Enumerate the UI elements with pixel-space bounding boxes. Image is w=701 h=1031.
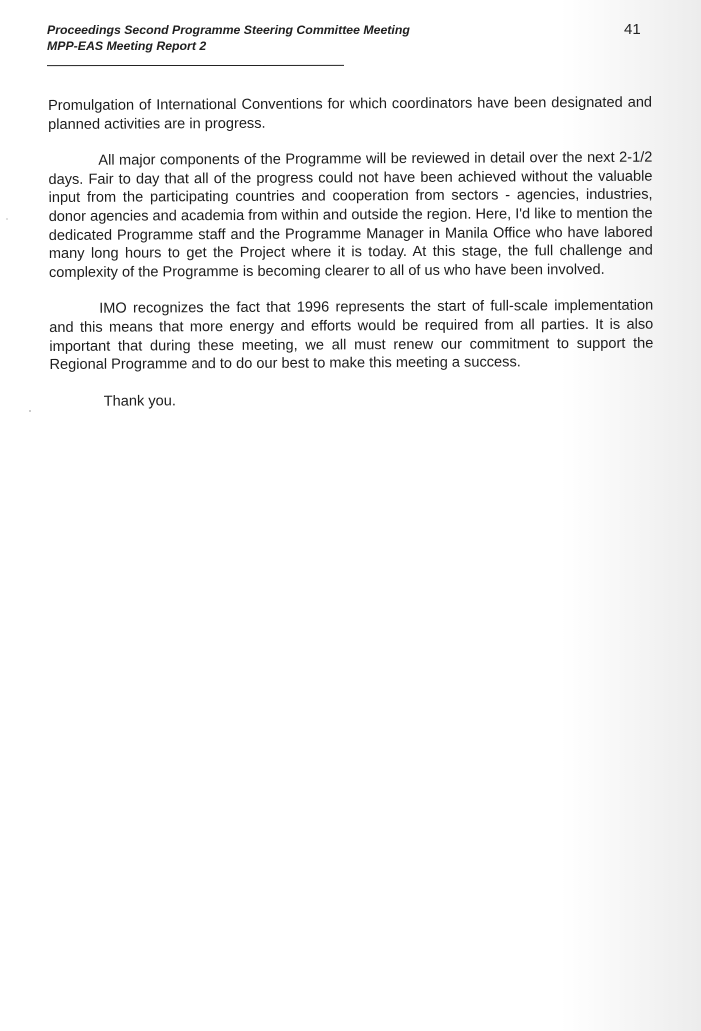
paragraph-conventions: Promulgation of International Convention… xyxy=(48,94,652,135)
scan-speck xyxy=(6,218,8,220)
paragraph-programme-review: All major components of the Programme wi… xyxy=(48,149,653,283)
running-header: Proceedings Second Programme Steering Co… xyxy=(47,22,410,54)
header-title: Proceedings Second Programme Steering Co… xyxy=(47,22,410,38)
closing-line: Thank you. xyxy=(50,389,654,411)
header-divider xyxy=(47,65,344,66)
body-text: Promulgation of International Convention… xyxy=(48,94,654,412)
header-subtitle: MPP-EAS Meeting Report 2 xyxy=(47,38,410,54)
document-page: Proceedings Second Programme Steering Co… xyxy=(0,0,701,1031)
paragraph-imo-implementation: IMO recognizes the fact that 1996 repres… xyxy=(49,297,653,375)
page-number: 41 xyxy=(624,21,641,38)
scan-speck xyxy=(29,410,31,412)
